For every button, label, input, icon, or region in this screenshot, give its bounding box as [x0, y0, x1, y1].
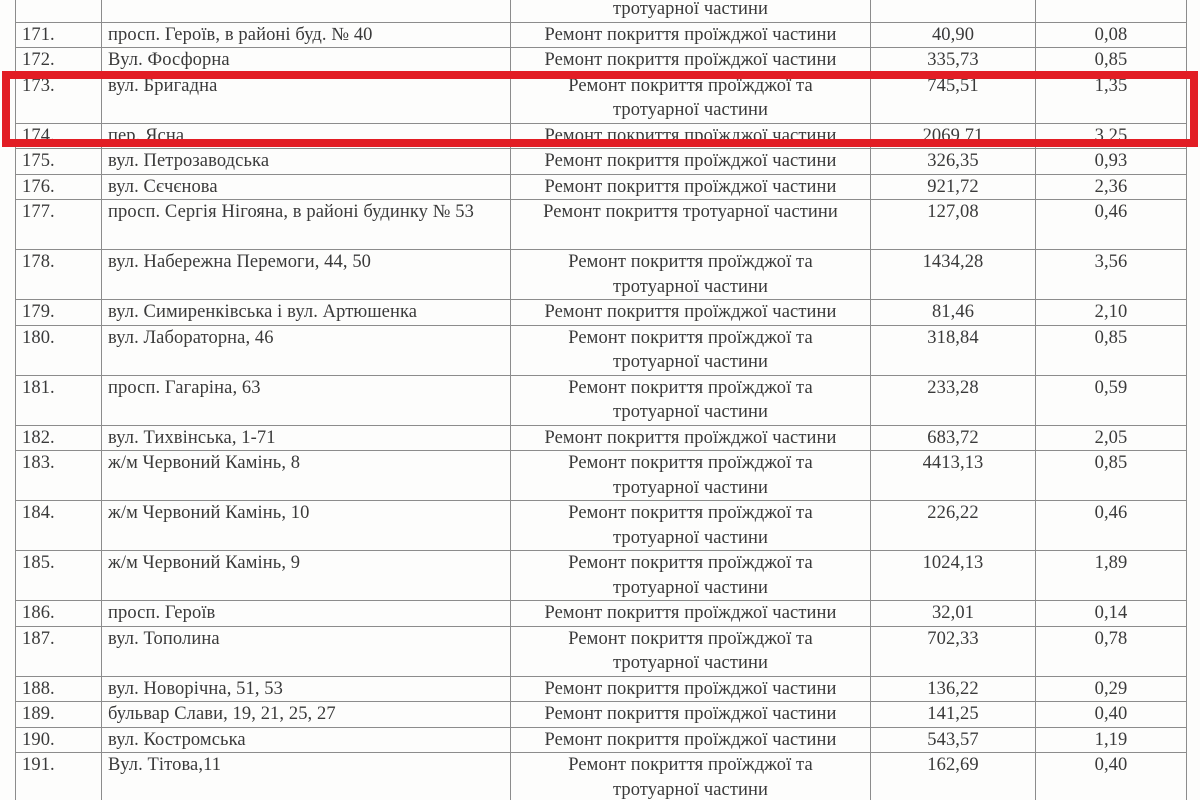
- row-area: 233,28: [871, 375, 1036, 425]
- row-number: 175.: [16, 149, 102, 175]
- row-number: 191.: [16, 753, 102, 800]
- row-address: просп. Сергія Нігояна, в районі будинку …: [102, 200, 511, 250]
- row-cost: 1,89: [1036, 551, 1187, 601]
- row-cost: 0,85: [1036, 48, 1187, 74]
- work-type-line: тротуарної частини: [517, 576, 864, 601]
- road-repair-table: тротуарної частини 171. просп. Героїв, в…: [15, 0, 1187, 800]
- row-number: 185.: [16, 551, 102, 601]
- row-cost: 3,56: [1036, 250, 1187, 300]
- table-row: 184. ж/м Червоний Камінь, 10 Ремонт покр…: [16, 501, 1187, 551]
- work-type-line: Ремонт покриття проїжджої частини: [517, 300, 864, 325]
- table-row: 171. просп. Героїв, в районі буд. № 40 Р…: [16, 22, 1187, 48]
- work-type-line: тротуарної частини: [517, 778, 864, 800]
- work-type-line: Ремонт покриття проїжджої та: [517, 451, 864, 476]
- row-cost: 3,25: [1036, 123, 1187, 149]
- table-row: 176. вул. Сєчєнова Ремонт покриття проїж…: [16, 174, 1187, 200]
- row-work-type: Ремонт покриття проїжджої частини: [511, 425, 871, 451]
- row-cost: 0,29: [1036, 676, 1187, 702]
- row-address: [102, 0, 511, 22]
- row-area: 921,72: [871, 174, 1036, 200]
- row-area: 81,46: [871, 300, 1036, 326]
- work-type-line: Ремонт покриття проїжджої частини: [517, 175, 864, 200]
- row-work-type: Ремонт покриття проїжджої частини: [511, 149, 871, 175]
- row-number: 187.: [16, 626, 102, 676]
- row-work-type: Ремонт покриття проїжджої татротуарної ч…: [511, 73, 871, 123]
- table-row: 186. просп. Героїв Ремонт покриття проїж…: [16, 601, 1187, 627]
- row-number: 174.: [16, 123, 102, 149]
- row-address: Вул. Фосфорна: [102, 48, 511, 74]
- table-body: тротуарної частини 171. просп. Героїв, в…: [16, 0, 1187, 800]
- row-number: 179.: [16, 300, 102, 326]
- row-area: 702,33: [871, 626, 1036, 676]
- work-type-line: тротуарної частини: [517, 476, 864, 501]
- row-work-type: Ремонт покриття проїжджої татротуарної ч…: [511, 753, 871, 800]
- work-type-line: Ремонт покриття проїжджої частини: [517, 728, 864, 753]
- row-cost: 2,05: [1036, 425, 1187, 451]
- row-area: 32,01: [871, 601, 1036, 627]
- work-type-line: Ремонт покриття проїжджої та: [517, 753, 864, 778]
- table-row: 189. бульвар Слави, 19, 21, 25, 27 Ремон…: [16, 702, 1187, 728]
- row-cost: [1036, 0, 1187, 22]
- work-type-line: Ремонт покриття проїжджої частини: [517, 702, 864, 727]
- row-work-type: Ремонт покриття проїжджої татротуарної ч…: [511, 375, 871, 425]
- table-row: 174. пер. Ясна Ремонт покриття проїжджої…: [16, 123, 1187, 149]
- table-row: 175. вул. Петрозаводська Ремонт покриття…: [16, 149, 1187, 175]
- row-address: вул. Симиренківська і вул. Артюшенка: [102, 300, 511, 326]
- row-address: пер. Ясна: [102, 123, 511, 149]
- work-type-line: тротуарної частини: [517, 275, 864, 300]
- work-type-line: Ремонт покриття проїжджої частини: [517, 124, 864, 149]
- row-address: вул. Петрозаводська: [102, 149, 511, 175]
- work-type-line: Ремонт покриття проїжджої та: [517, 376, 864, 401]
- row-area: 1434,28: [871, 250, 1036, 300]
- row-address: просп. Героїв, в районі буд. № 40: [102, 22, 511, 48]
- row-cost: 1,19: [1036, 727, 1187, 753]
- work-type-line: Ремонт покриття проїжджої частини: [517, 677, 864, 702]
- row-area: 335,73: [871, 48, 1036, 74]
- row-address: вул. Сєчєнова: [102, 174, 511, 200]
- row-address: ж/м Червоний Камінь, 8: [102, 451, 511, 501]
- row-area: 318,84: [871, 325, 1036, 375]
- row-address: вул. Набережна Перемоги, 44, 50: [102, 250, 511, 300]
- work-type-line: Ремонт покриття проїжджої частини: [517, 426, 864, 451]
- row-area: 543,57: [871, 727, 1036, 753]
- table-row: 182. вул. Тихвінська, 1-71 Ремонт покрит…: [16, 425, 1187, 451]
- row-number: 171.: [16, 22, 102, 48]
- table-row: 178. вул. Набережна Перемоги, 44, 50 Рем…: [16, 250, 1187, 300]
- row-number: 176.: [16, 174, 102, 200]
- row-number: 183.: [16, 451, 102, 501]
- row-cost: 0,85: [1036, 451, 1187, 501]
- row-work-type: Ремонт покриття тротуарної частини: [511, 200, 871, 250]
- row-area: 40,90: [871, 22, 1036, 48]
- work-type-line: Ремонт покриття проїжджої частини: [517, 601, 864, 626]
- work-type-line: Ремонт покриття проїжджої та: [517, 551, 864, 576]
- row-number: 182.: [16, 425, 102, 451]
- row-area: 136,22: [871, 676, 1036, 702]
- table-row: 177. просп. Сергія Нігояна, в районі буд…: [16, 200, 1187, 250]
- row-number: 184.: [16, 501, 102, 551]
- row-address: Вул. Тітова,11: [102, 753, 511, 800]
- row-address: просп. Гагаріна, 63: [102, 375, 511, 425]
- table-row: 172. Вул. Фосфорна Ремонт покриття проїж…: [16, 48, 1187, 74]
- row-address: вул. Тихвінська, 1-71: [102, 425, 511, 451]
- row-area: 141,25: [871, 702, 1036, 728]
- row-work-type: Ремонт покриття проїжджої татротуарної ч…: [511, 250, 871, 300]
- table-row: 183. ж/м Червоний Камінь, 8 Ремонт покри…: [16, 451, 1187, 501]
- row-number: 186.: [16, 601, 102, 627]
- work-type-line: тротуарної частини: [517, 526, 864, 551]
- work-type-line: Ремонт покриття тротуарної частини: [517, 200, 864, 225]
- work-type-line: Ремонт покриття проїжджої частини: [517, 48, 864, 73]
- work-type-line: Ремонт покриття проїжджої та: [517, 74, 864, 99]
- row-cost: 0,93: [1036, 149, 1187, 175]
- row-address: ж/м Червоний Камінь, 9: [102, 551, 511, 601]
- row-address: вул. Костромська: [102, 727, 511, 753]
- row-address: ж/м Червоний Камінь, 10: [102, 501, 511, 551]
- work-type-line: [517, 225, 864, 250]
- work-type-line: Ремонт покриття проїжджої та: [517, 250, 864, 275]
- row-cost: 1,35: [1036, 73, 1187, 123]
- table-row: 181. просп. Гагаріна, 63 Ремонт покриття…: [16, 375, 1187, 425]
- row-cost: 0,59: [1036, 375, 1187, 425]
- table-row: тротуарної частини: [16, 0, 1187, 22]
- row-area: 2069,71: [871, 123, 1036, 149]
- row-address: вул. Бригадна: [102, 73, 511, 123]
- row-cost: 0,85: [1036, 325, 1187, 375]
- row-work-type: Ремонт покриття проїжджої частини: [511, 48, 871, 74]
- row-area: 162,69: [871, 753, 1036, 800]
- table-row: 191. Вул. Тітова,11 Ремонт покриття прої…: [16, 753, 1187, 800]
- row-number: 172.: [16, 48, 102, 74]
- row-cost: 0,40: [1036, 753, 1187, 800]
- row-area: 1024,13: [871, 551, 1036, 601]
- table-row: 185. ж/м Червоний Камінь, 9 Ремонт покри…: [16, 551, 1187, 601]
- table-row: 190. вул. Костромська Ремонт покриття пр…: [16, 727, 1187, 753]
- row-work-type: Ремонт покриття проїжджої татротуарної ч…: [511, 501, 871, 551]
- work-type-line: тротуарної частини: [517, 0, 864, 22]
- row-address: просп. Героїв: [102, 601, 511, 627]
- row-work-type: Ремонт покриття проїжджої частини: [511, 300, 871, 326]
- table-row: 187. вул. Тополина Ремонт покриття проїж…: [16, 626, 1187, 676]
- row-number: 190.: [16, 727, 102, 753]
- row-area: 683,72: [871, 425, 1036, 451]
- row-number: 180.: [16, 325, 102, 375]
- table-row: 173. вул. Бригадна Ремонт покриття проїж…: [16, 73, 1187, 123]
- row-work-type: Ремонт покриття проїжджої частини: [511, 22, 871, 48]
- row-cost: 0,46: [1036, 200, 1187, 250]
- scanned-document-page: тротуарної частини 171. просп. Героїв, в…: [0, 0, 1200, 800]
- work-type-line: тротуарної частини: [517, 350, 864, 375]
- row-number: 189.: [16, 702, 102, 728]
- row-number: 177.: [16, 200, 102, 250]
- row-work-type: Ремонт покриття проїжджої частини: [511, 727, 871, 753]
- row-cost: 0,78: [1036, 626, 1187, 676]
- row-number: 178.: [16, 250, 102, 300]
- work-type-line: Ремонт покриття проїжджої та: [517, 501, 864, 526]
- work-type-line: Ремонт покриття проїжджої частини: [517, 23, 864, 48]
- row-area: 745,51: [871, 73, 1036, 123]
- table-row: 179. вул. Симиренківська і вул. Артюшенк…: [16, 300, 1187, 326]
- row-area: 4413,13: [871, 451, 1036, 501]
- row-number: 181.: [16, 375, 102, 425]
- row-area: 127,08: [871, 200, 1036, 250]
- row-cost: 0,14: [1036, 601, 1187, 627]
- row-number: 173.: [16, 73, 102, 123]
- row-work-type: тротуарної частини: [511, 0, 871, 22]
- row-work-type: Ремонт покриття проїжджої частини: [511, 123, 871, 149]
- work-type-line: Ремонт покриття проїжджої та: [517, 627, 864, 652]
- row-number: [16, 0, 102, 22]
- work-type-line: тротуарної частини: [517, 400, 864, 425]
- row-work-type: Ремонт покриття проїжджої татротуарної ч…: [511, 551, 871, 601]
- row-work-type: Ремонт покриття проїжджої татротуарної ч…: [511, 451, 871, 501]
- table-row: 188. вул. Новорічна, 51, 53 Ремонт покри…: [16, 676, 1187, 702]
- row-cost: 0,40: [1036, 702, 1187, 728]
- row-area: [871, 0, 1036, 22]
- work-type-line: Ремонт покриття проїжджої частини: [517, 149, 864, 174]
- row-address: вул. Новорічна, 51, 53: [102, 676, 511, 702]
- row-cost: 2,36: [1036, 174, 1187, 200]
- row-address: бульвар Слави, 19, 21, 25, 27: [102, 702, 511, 728]
- row-work-type: Ремонт покриття проїжджої частини: [511, 676, 871, 702]
- row-address: вул. Тополина: [102, 626, 511, 676]
- work-type-line: тротуарної частини: [517, 98, 864, 123]
- row-work-type: Ремонт покриття проїжджої частини: [511, 601, 871, 627]
- row-work-type: Ремонт покриття проїжджої татротуарної ч…: [511, 626, 871, 676]
- row-area: 326,35: [871, 149, 1036, 175]
- row-cost: 0,46: [1036, 501, 1187, 551]
- work-type-line: Ремонт покриття проїжджої та: [517, 326, 864, 351]
- row-work-type: Ремонт покриття проїжджої частини: [511, 174, 871, 200]
- work-type-line: тротуарної частини: [517, 651, 864, 676]
- row-cost: 0,08: [1036, 22, 1187, 48]
- row-cost: 2,10: [1036, 300, 1187, 326]
- row-work-type: Ремонт покриття проїжджої татротуарної ч…: [511, 325, 871, 375]
- table-row: 180. вул. Лабораторна, 46 Ремонт покритт…: [16, 325, 1187, 375]
- row-number: 188.: [16, 676, 102, 702]
- row-work-type: Ремонт покриття проїжджої частини: [511, 702, 871, 728]
- row-area: 226,22: [871, 501, 1036, 551]
- row-address: вул. Лабораторна, 46: [102, 325, 511, 375]
